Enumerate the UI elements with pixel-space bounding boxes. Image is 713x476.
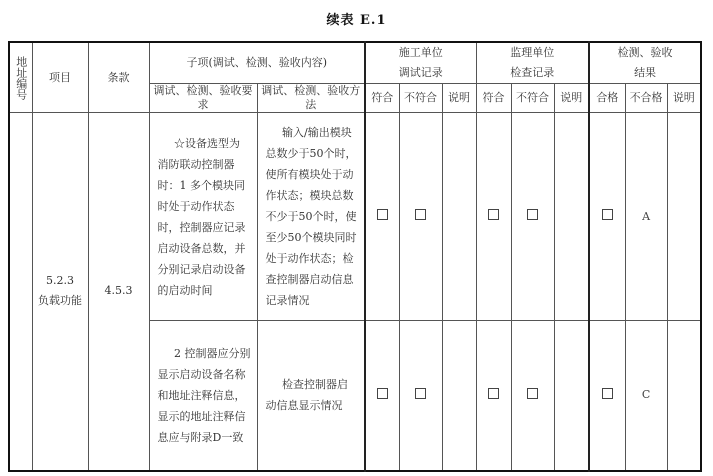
checkbox-s-conform[interactable] <box>476 113 511 321</box>
checkbox-icon <box>602 388 613 399</box>
cell-method: 输入/输出模块总数少于50个时，使所有模块处于动作状态；模块总数不少于50个时，… <box>257 113 365 321</box>
cell-s-note <box>554 113 589 321</box>
checkbox-icon <box>488 388 499 399</box>
header-supervision-unit: 监理单位 检查记录 <box>476 42 589 84</box>
header-item: 项目 <box>32 42 88 113</box>
header-c-conform: 符合 <box>365 84 399 113</box>
header-subitem: 子项(调试、检测、验收内容) <box>149 42 365 84</box>
checkbox-c-nonconform[interactable] <box>399 321 442 471</box>
header-clause: 条款 <box>88 42 149 113</box>
header-address-no: 地址编号 <box>9 42 32 113</box>
checkbox-icon <box>527 388 538 399</box>
cell-s-note <box>554 321 589 471</box>
cell-requirement: 2 控制器应分别显示启动设备名称和地址注释信息，显示的地址注释信息应与附录D一致 <box>149 321 257 471</box>
cell-clause: 4.5.3 <box>88 113 149 471</box>
checkbox-s-nonconform[interactable] <box>511 321 554 471</box>
checkbox-c-conform[interactable] <box>365 321 399 471</box>
cell-r-note <box>667 321 701 471</box>
checkbox-icon <box>377 388 388 399</box>
cell-item: 5.2.3 负载功能 <box>32 113 88 471</box>
header-row-1: 地址编号 项目 条款 子项(调试、检测、验收内容) 施工单位 调试记录 监理单位… <box>9 42 701 84</box>
header-r-fail: 不合格 <box>625 84 667 113</box>
checkbox-icon <box>488 209 499 220</box>
checkbox-r-pass[interactable] <box>589 113 625 321</box>
checkbox-s-conform[interactable] <box>476 321 511 471</box>
header-method: 调试、检测、验收方法 <box>257 84 365 113</box>
checkbox-c-nonconform[interactable] <box>399 113 442 321</box>
header-r-pass: 合格 <box>589 84 625 113</box>
checkbox-r-pass[interactable] <box>589 321 625 471</box>
checkbox-icon <box>377 209 388 220</box>
header-c-nonconform: 不符合 <box>399 84 442 113</box>
cell-c-note <box>442 321 476 471</box>
header-c-note: 说明 <box>442 84 476 113</box>
cell-requirement: ☆设备选型为消防联动控制器时：1 多个模块同时处于动作状态时，控制器应记录启动设… <box>149 113 257 321</box>
cell-c-note <box>442 113 476 321</box>
cell-method: 检查控制器启动信息显示情况 <box>257 321 365 471</box>
header-s-nonconform: 不符合 <box>511 84 554 113</box>
header-inspection-result: 检测、验收 结果 <box>589 42 701 84</box>
header-construction-unit: 施工单位 调试记录 <box>365 42 476 84</box>
checkbox-icon <box>415 388 426 399</box>
cell-r-fail: C <box>625 321 667 471</box>
header-r-note: 说明 <box>667 84 701 113</box>
table-title: 续表 E.1 <box>0 9 713 28</box>
cell-r-note <box>667 113 701 321</box>
checkbox-icon <box>602 209 613 220</box>
inspection-table: 地址编号 项目 条款 子项(调试、检测、验收内容) 施工单位 调试记录 监理单位… <box>8 41 702 472</box>
checkbox-s-nonconform[interactable] <box>511 113 554 321</box>
checkbox-icon <box>415 209 426 220</box>
checkbox-c-conform[interactable] <box>365 113 399 321</box>
cell-address-no <box>9 113 32 471</box>
cell-r-fail: A <box>625 113 667 321</box>
header-s-conform: 符合 <box>476 84 511 113</box>
header-requirement: 调试、检测、验收要求 <box>149 84 257 113</box>
checkbox-icon <box>527 209 538 220</box>
header-s-note: 说明 <box>554 84 589 113</box>
table-row: 5.2.3 负载功能 4.5.3 ☆设备选型为消防联动控制器时：1 多个模块同时… <box>9 113 701 321</box>
